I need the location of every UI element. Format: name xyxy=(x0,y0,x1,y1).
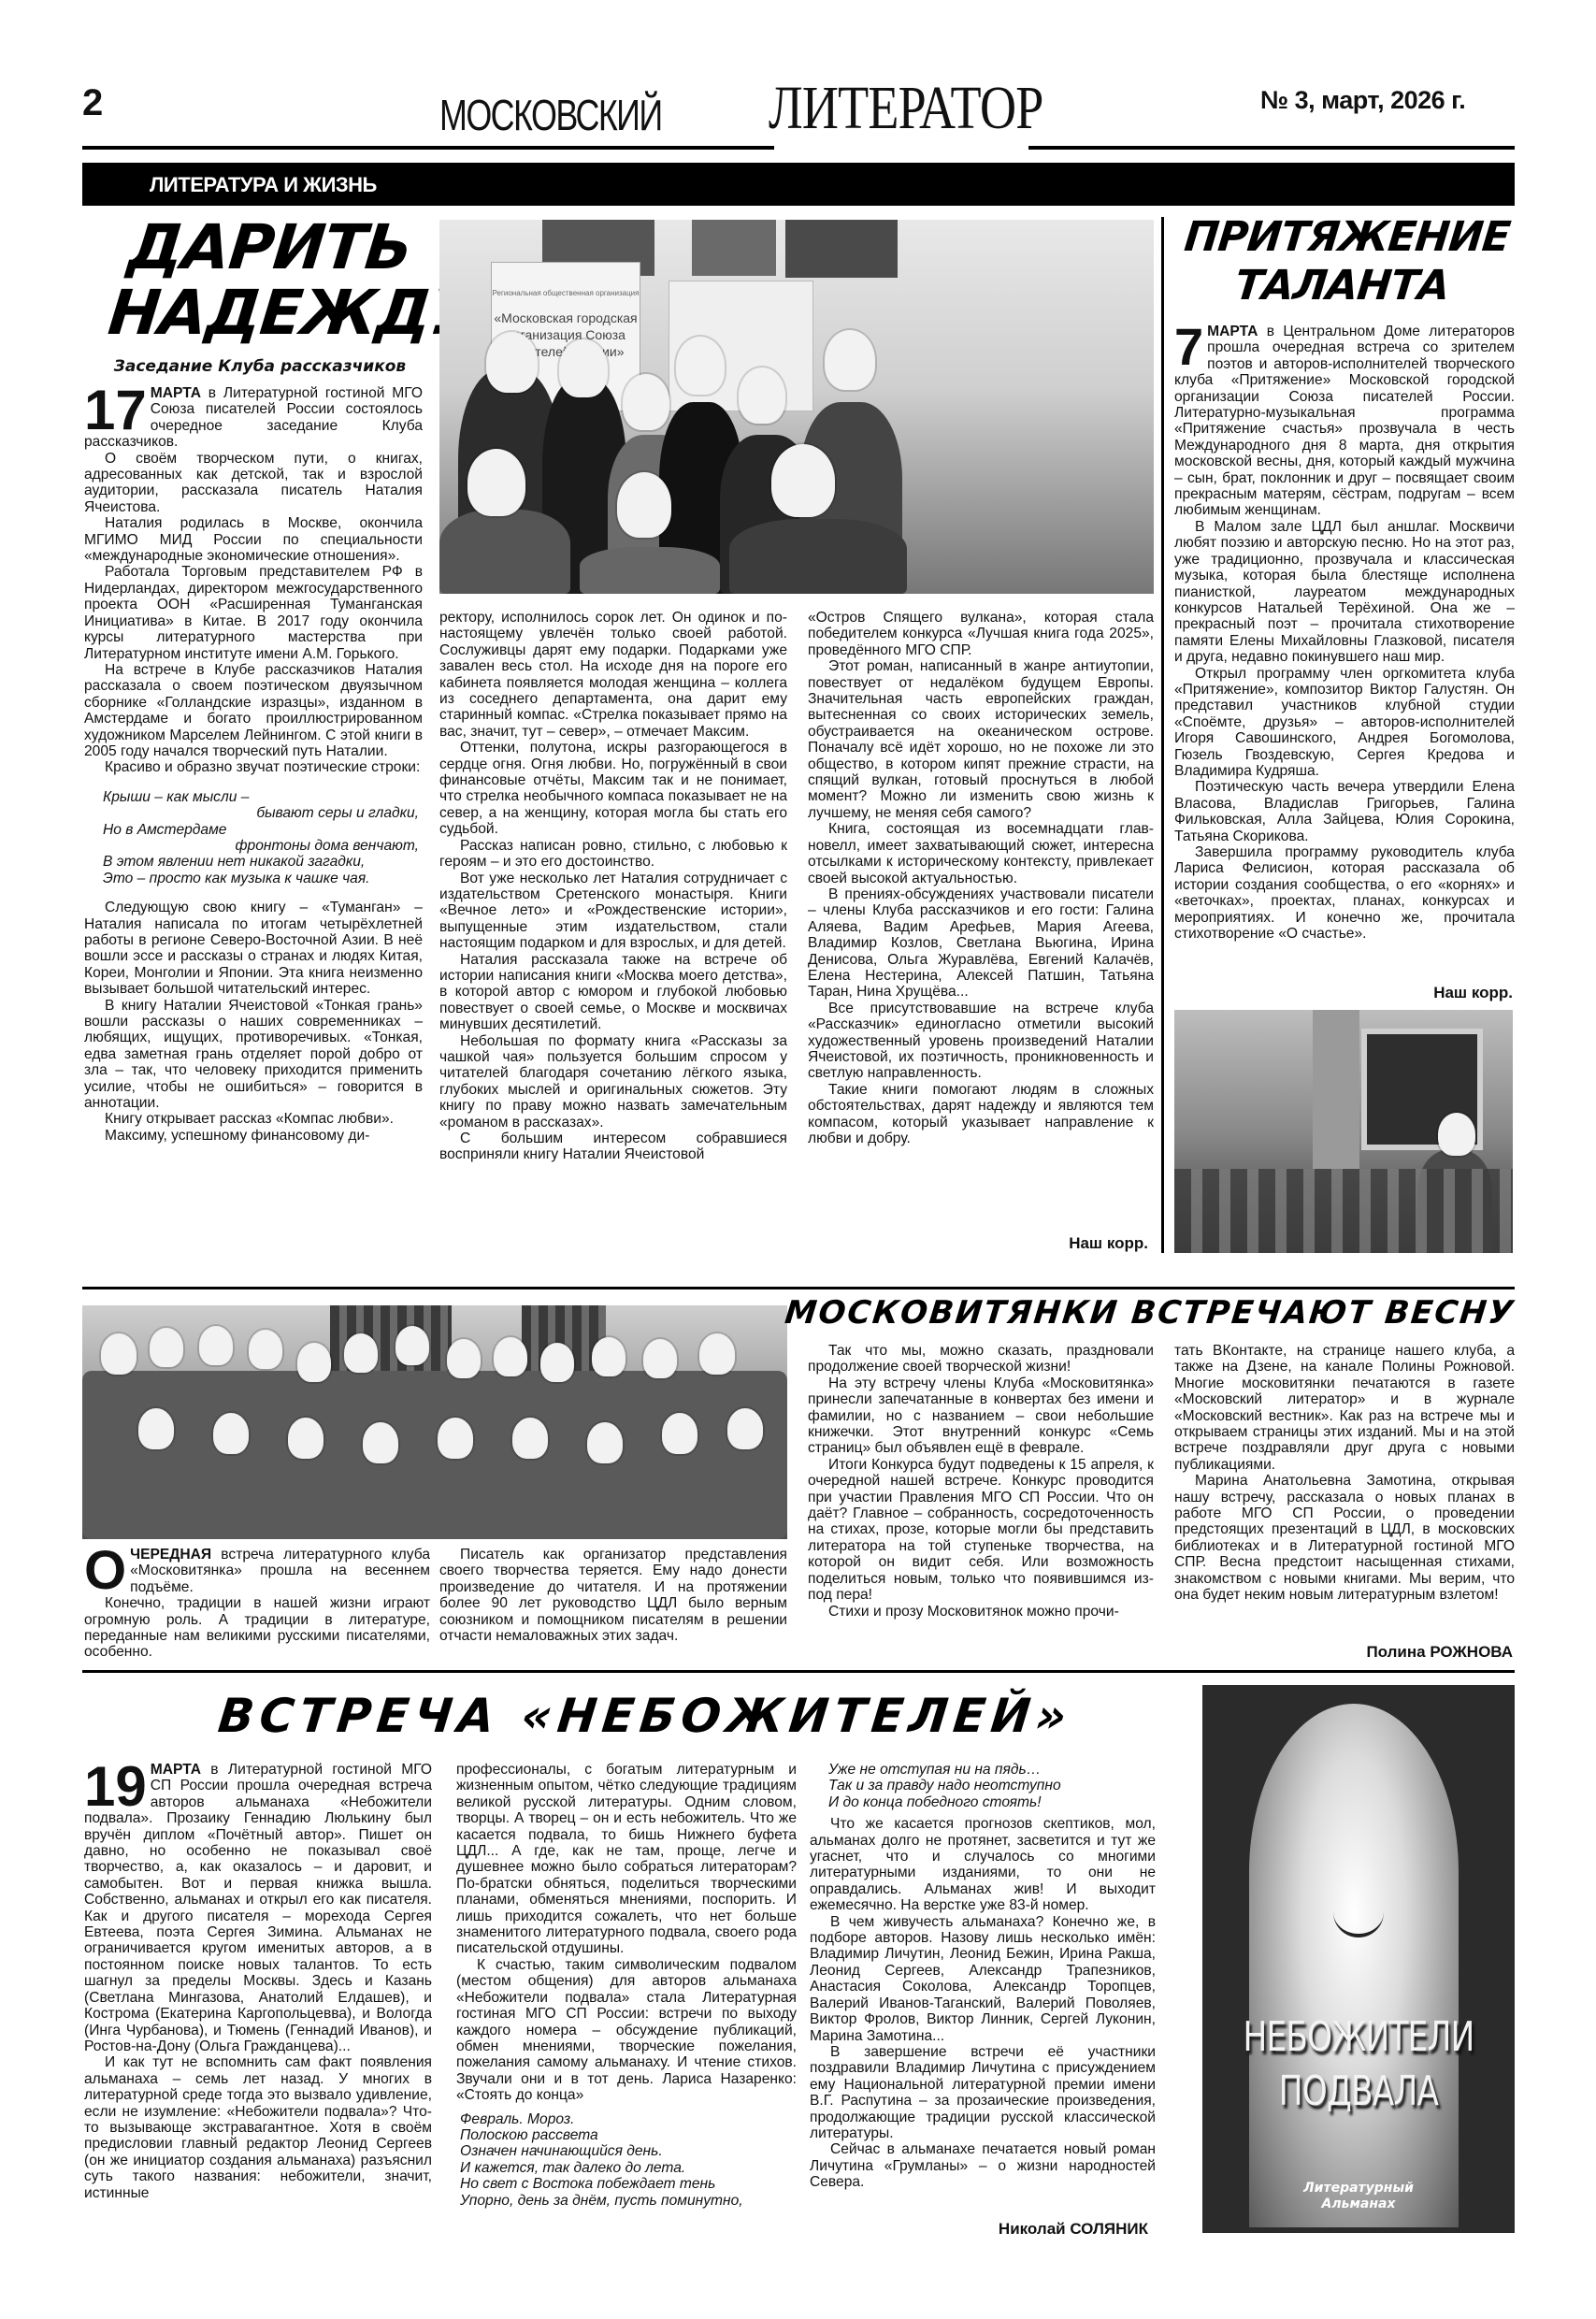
masthead-rule-left xyxy=(82,146,774,150)
article1-paragraph: Рассказ написан ровно, стильно, с любовь… xyxy=(439,838,787,871)
article2-paragraph: Поэтическую часть вечера утвердили Елена… xyxy=(1174,779,1515,844)
cover-subtitle-line2: Альманах xyxy=(1202,2197,1515,2212)
article3-paragraph: На эту встречу члены Клуба «Московитянка… xyxy=(808,1376,1154,1457)
article2-drop-number: 7 xyxy=(1174,325,1203,368)
article2-headline-line1: ПРИТЯЖЕНИЕ xyxy=(1176,213,1517,262)
article1-paragraph: Все присутствовавшие на встрече клуба «Р… xyxy=(808,1001,1154,1082)
article1-paragraph: О своём творческом пути, о книгах, адрес… xyxy=(84,451,423,516)
article2-photo xyxy=(1174,1010,1513,1253)
article3-paragraph: Конечно, традиции в нашей жизни играют о… xyxy=(84,1595,430,1661)
article1-paragraph: Следующую свою книгу – «Туманган» – Ната… xyxy=(84,900,423,997)
article4-lead-word: МАРТА xyxy=(151,1762,201,1778)
article4-poem-part2: Уже не отступая ни на пядь… Так и за пра… xyxy=(828,1762,1156,1810)
article1-paragraph: На встрече в Клубе рассказчиков Наталия … xyxy=(84,662,423,759)
poem-line: В этом явлении нет никакой загадки, xyxy=(103,854,423,870)
article1-paragraph: Максиму, успешному финансовому ди- xyxy=(84,1128,423,1144)
article1-paragraph: Наталия рассказала также на встрече об и… xyxy=(439,952,787,1033)
article1-paragraph: Оттенки, полутона, искры разгорающегося … xyxy=(439,740,787,837)
masthead-rule-right xyxy=(1028,146,1515,150)
article1-paragraph: Наталия родилась в Москве, окончила МГИМ… xyxy=(84,515,423,564)
masthead-title-small: МОСКОВСКИЙ xyxy=(439,90,662,140)
article4-paragraph: Что же касается прогнозов скептиков, мол… xyxy=(810,1816,1156,1913)
article3-photo xyxy=(82,1305,787,1539)
article1-paragraph: В прениях-обсуждениях участвовали писате… xyxy=(808,886,1154,1001)
article2-headline-line2: ТАЛАНТА xyxy=(1172,262,1513,310)
article1-photo: Региональная общественная организация «М… xyxy=(439,220,1154,594)
article3-col2: Писатель как организатор представления с… xyxy=(439,1547,787,1644)
article1-col3: «Остров Спящего вулкана», которая стала … xyxy=(808,610,1154,1146)
cover-title-line1: НЕБОЖИТЕЛИ xyxy=(1237,2010,1481,2065)
article3-col3: Так что мы, можно сказать, праздновали п… xyxy=(808,1343,1154,1620)
section-bar: ЛИТЕРАТУРА И ЖИЗНЬ xyxy=(82,163,1515,206)
cover-title-line2: ПОДВАЛА xyxy=(1237,2065,1481,2119)
article4-signature: Николай СОЛЯНИК xyxy=(879,2220,1148,2239)
article4-col3: Уже не отступая ни на пядь… Так и за пра… xyxy=(810,1762,1156,2191)
poem-line: Упорно, день за днём, пусть поминутно, xyxy=(460,2193,797,2209)
poem-line: И кажется, так далеко до лета. xyxy=(460,2160,797,2176)
article3-paragraph: Стихи и прозу Московитянок можно прочи- xyxy=(808,1604,1154,1620)
article3-paragraph: Писатель как организатор представления с… xyxy=(439,1547,787,1644)
article2-lead-text: в Центральном Доме литераторов прошла оч… xyxy=(1174,324,1515,518)
section-divider xyxy=(82,1670,1515,1673)
article1-headline-line2: НАДЕЖДУ xyxy=(106,281,421,346)
article4-paragraph: К счастью, таким символическим подвалом … xyxy=(456,1957,797,2104)
section-title: ЛИТЕРАТУРА И ЖИЗНЬ xyxy=(150,173,377,197)
issue-info: № 3, март, 2026 г. xyxy=(1260,86,1465,115)
article3-paragraph: Марина Анатольевна Замотина, открывая на… xyxy=(1174,1473,1515,1603)
article2-paragraph: Завершила программу руководитель клуба Л… xyxy=(1174,844,1515,942)
poem-line: Уже не отступая ни на пядь… xyxy=(828,1762,1156,1778)
masthead-title-big: ЛИТЕРАТОР xyxy=(769,73,1043,144)
article1-paragraph: «Остров Спящего вулкана», которая стала … xyxy=(808,610,1154,658)
article1-signature: Наш корр. xyxy=(935,1234,1148,1253)
portrait-frame xyxy=(692,220,776,276)
article3-paragraph: Итоги Конкурса будут подведены к 15 апре… xyxy=(808,1457,1154,1604)
article2-paragraph: В Малом зале ЦДЛ был аншлаг. Москвичи лю… xyxy=(1174,519,1515,666)
cover-subtitle-line1: Литературный xyxy=(1202,2181,1515,2197)
article4-col2: профессионалы, с богатым литературным и … xyxy=(456,1762,797,2209)
portrait-frame xyxy=(785,220,898,278)
article3-paragraph: тать ВКонтакте, на странице нашего клуба… xyxy=(1174,1343,1515,1473)
article1-paragraph: Красиво и образно звучат поэтические стр… xyxy=(84,759,423,775)
poem-line: Крыши – как мысли – xyxy=(103,789,423,805)
article1-paragraph: Книгу открывает рассказ «Компас любви». xyxy=(84,1111,423,1127)
article3-headline: МОСКОВИТЯНКИ ВСТРЕЧАЮТ ВЕСНУ xyxy=(709,1294,1517,1332)
banner-top-text: Региональная общественная организация xyxy=(492,285,640,302)
article4-paragraph: профессионалы, с богатым литературным и … xyxy=(456,1762,797,1957)
article3-lead-word: ЧЕРЕДНАЯ xyxy=(130,1547,211,1563)
article1-col2: ректору, исполнилось сорок лет. Он одино… xyxy=(439,610,787,1163)
poem-line: Означен начинающийся день. xyxy=(460,2143,797,2159)
section-divider xyxy=(82,1287,1515,1289)
poem-line: Полоскою рассвета xyxy=(460,2127,797,2143)
article1-poem: Крыши – как мысли – бывают серы и гладки… xyxy=(103,789,423,886)
article1-paragraph: С большим интересом собравшиеся восприня… xyxy=(439,1131,787,1163)
poem-line: Февраль. Мороз. xyxy=(460,2111,797,2127)
article1-paragraph: Такие книги помогают людям в сложных обс… xyxy=(808,1082,1154,1147)
article3-paragraph: Так что мы, можно сказать, праздновали п… xyxy=(808,1343,1154,1376)
article2-headline: ПРИТЯЖЕНИЕ ТАЛАНТА xyxy=(1172,213,1518,310)
article4-poem-part1: Февраль. Мороз. Полоскою рассвета Означе… xyxy=(460,2111,797,2209)
article3-drop-letter: О xyxy=(84,1548,126,1593)
article1-drop-number: 17 xyxy=(84,387,147,433)
article3-col4: тать ВКонтакте, на странице нашего клуба… xyxy=(1174,1343,1515,1604)
article1-headline: ДАРИТЬ НАДЕЖДУ xyxy=(106,215,428,346)
article2-signature: Наш корр. xyxy=(1309,984,1513,1002)
article4-headline: ВСТРЕЧА «НЕБОЖИТЕЛЕЙ» xyxy=(147,1689,1143,1743)
poem-line: И до конца победного стоять! xyxy=(828,1794,1156,1810)
page-number: 2 xyxy=(82,82,103,124)
poem-line: Это – просто как музыка к чашке чая. xyxy=(103,871,423,886)
article3-col1: О ЧЕРЕДНАЯ встреча литературного клуба «… xyxy=(84,1547,430,1661)
article1-lead-word: МАРТА xyxy=(151,385,201,401)
article1-paragraph: Работала Торговым представителем РФ в Ни… xyxy=(84,564,423,661)
article4-paragraph: В завершение встречи её участники поздра… xyxy=(810,2044,1156,2141)
article4-paragraph: В чем живучесть альманаха? Конечно же, в… xyxy=(810,1914,1156,2044)
article1-paragraph: Этот роман, написанный в жанре антиутопи… xyxy=(808,658,1154,821)
almanac-cover-image: НЕБОЖИТЕЛИ ПОДВАЛА Литературный Альманах xyxy=(1202,1685,1515,2233)
article1-subtitle: Заседание Клуба рассказчиков xyxy=(101,357,419,376)
article4-paragraph: И как тут не вспомнить сам факт появлени… xyxy=(84,2054,432,2201)
article1-paragraph: Небольшая по формату книга «Рассказы за … xyxy=(439,1033,787,1131)
poem-line: фронтоны дома венчают, xyxy=(103,838,423,854)
poem-line: бывают серы и гладки, xyxy=(103,805,423,821)
article2-body: 7 МАРТА в Центральном Доме литераторов п… xyxy=(1174,324,1515,942)
poem-line: Но в Амстердаме xyxy=(103,822,423,838)
article1-headline-line1: ДАРИТЬ xyxy=(112,215,427,281)
article3-signature: Полина РОЖНОВА xyxy=(1215,1643,1513,1662)
article1-paragraph: В книгу Наталии Ячеистовой «Тонкая грань… xyxy=(84,998,423,1112)
article1-col1: 17 МАРТА в Литературной гостиной МГО Сою… xyxy=(84,385,423,1144)
article1-paragraph: Вот уже несколько лет Наталия сотруднича… xyxy=(439,871,787,952)
article2-paragraph: Открыл программу член оргкомитета клуба … xyxy=(1174,666,1515,780)
poem-line: Но свет с Востока побеждает тень xyxy=(460,2176,797,2192)
article1-paragraph: ректору, исполнилось сорок лет. Он одино… xyxy=(439,610,787,740)
article4-col1: 19 МАРТА в Литературной гостиной МГО СП … xyxy=(84,1762,432,2201)
poem-line: Так и за правду надо неотступно xyxy=(828,1778,1156,1793)
article4-drop-number: 19 xyxy=(84,1764,147,1809)
column-divider xyxy=(1161,217,1164,1253)
masthead-title: МОСКОВСКИЙ ЛИТЕРАТОР xyxy=(439,77,1150,153)
article2-lead-word: МАРТА xyxy=(1207,324,1258,339)
article4-paragraph: Сейчас в альманахе печатается новый рома… xyxy=(810,2141,1156,2190)
article1-paragraph: Книга, состоящая из восемнадцати глав-но… xyxy=(808,821,1154,886)
arch xyxy=(1249,1704,1459,2227)
